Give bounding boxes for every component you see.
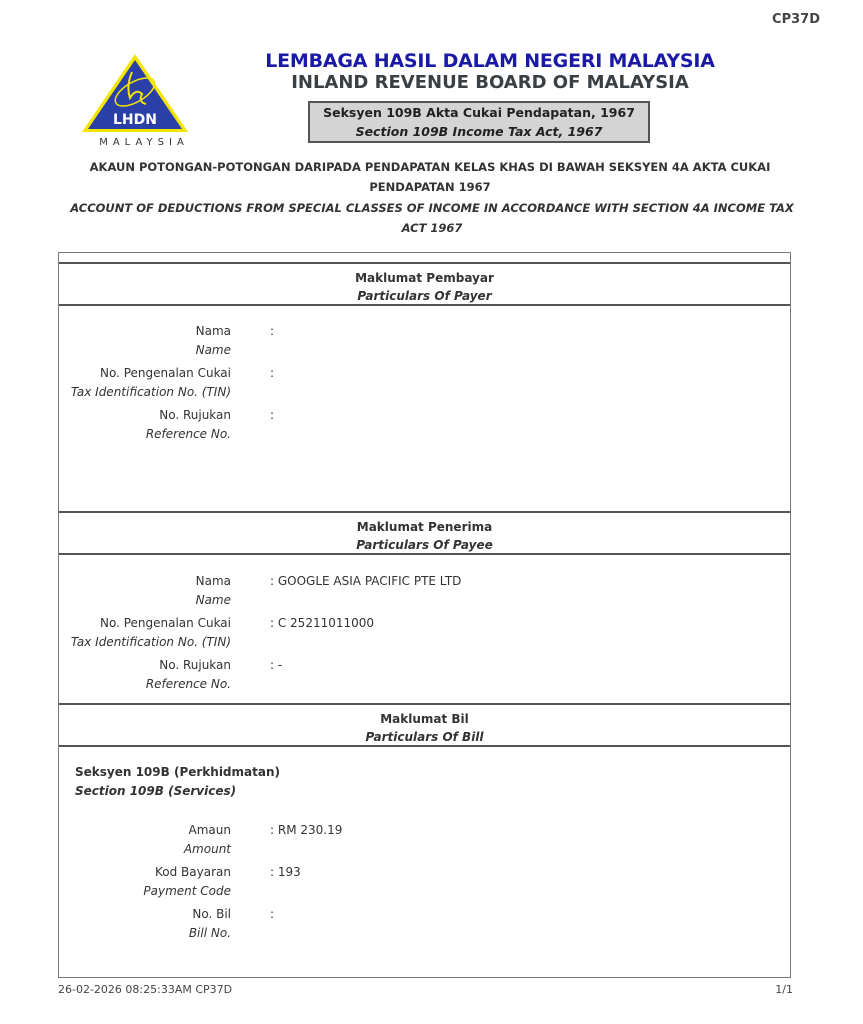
field-label: No. Pengenalan Cukai [59, 364, 231, 383]
divider [59, 745, 790, 747]
bill-payment-code-value: : 193 [270, 863, 301, 882]
footer-page-number: 1/1 [760, 983, 793, 996]
divider [59, 262, 790, 264]
field-label-en: Reference No. [59, 675, 231, 694]
divider [59, 703, 790, 705]
field-label-en: Payment Code [59, 882, 231, 901]
payee-heading: Maklumat Penerima Particulars Of Payee [59, 518, 790, 554]
bill-number-value: : [270, 905, 274, 924]
lhdn-logo-icon: LHDN MALAYSIA [80, 52, 210, 148]
payer-heading-my: Maklumat Pembayar [59, 269, 790, 287]
field-label-en: Reference No. [59, 425, 231, 444]
logo-text: LHDN [113, 112, 157, 128]
form-frame: Maklumat Pembayar Particulars Of Payer N… [58, 252, 791, 978]
payee-heading-en: Particulars Of Payee [59, 536, 790, 554]
field-label: No. Bil [59, 905, 231, 924]
payer-heading: Maklumat Pembayar Particulars Of Payer [59, 269, 790, 305]
bill-amount-value: : RM 230.19 [270, 821, 342, 840]
section-en: Section 109B Income Tax Act, 1967 [310, 122, 648, 141]
payer-tin-value: : [270, 364, 274, 383]
bill-subheading-en: Section 109B (Services) [75, 782, 280, 801]
field-label-en: Tax Identification No. (TIN) [59, 383, 231, 402]
field-label: No. Rujukan [59, 656, 231, 675]
bill-subheading-my: Seksyen 109B (Perkhidmatan) [75, 763, 280, 782]
payer-reference-value: : [270, 406, 274, 425]
divider [59, 304, 790, 306]
document-title-my: AKAUN POTONGAN-POTONGAN DARIPADA PENDAPA… [80, 157, 780, 197]
field-label: Nama [59, 322, 231, 341]
field-label-en: Bill No. [59, 924, 231, 943]
org-name-my: LEMBAGA HASIL DALAM NEGERI MALAYSIA [230, 50, 750, 72]
field-label: No. Pengenalan Cukai [59, 614, 231, 633]
document-title-en: ACCOUNT OF DEDUCTIONS FROM SPECIAL CLASS… [62, 198, 802, 238]
field-label: Kod Bayaran [59, 863, 231, 882]
field-label: Nama [59, 572, 231, 591]
form-code: CP37D [720, 12, 820, 27]
bill-heading-en: Particulars Of Bill [59, 728, 790, 746]
section-my: Seksyen 109B Akta Cukai Pendapatan, 1967 [310, 103, 648, 122]
field-label: Amaun [59, 821, 231, 840]
divider [59, 511, 790, 513]
field-label: No. Rujukan [59, 406, 231, 425]
bill-heading-my: Maklumat Bil [59, 710, 790, 728]
field-label-en: Tax Identification No. (TIN) [59, 633, 231, 652]
org-name-en: INLAND REVENUE BOARD OF MALAYSIA [230, 72, 750, 93]
bill-heading: Maklumat Bil Particulars Of Bill [59, 710, 790, 746]
bill-subheading: Seksyen 109B (Perkhidmatan) Section 109B… [75, 763, 280, 801]
payee-name-value: : GOOGLE ASIA PACIFIC PTE LTD [270, 572, 461, 591]
field-label-en: Name [59, 341, 231, 360]
payee-heading-my: Maklumat Penerima [59, 518, 790, 536]
divider [59, 553, 790, 555]
payee-reference-value: : - [270, 656, 282, 675]
logo-subtext: MALAYSIA [99, 137, 189, 148]
payer-heading-en: Particulars Of Payer [59, 287, 790, 305]
section-box: Seksyen 109B Akta Cukai Pendapatan, 1967… [308, 101, 650, 143]
payer-name-value: : [270, 322, 274, 341]
field-label-en: Name [59, 591, 231, 610]
field-label-en: Amount [59, 840, 231, 859]
payee-tin-value: : C 25211011000 [270, 614, 374, 633]
footer-timestamp: 26-02-2026 08:25:33AM CP37D [58, 983, 232, 996]
